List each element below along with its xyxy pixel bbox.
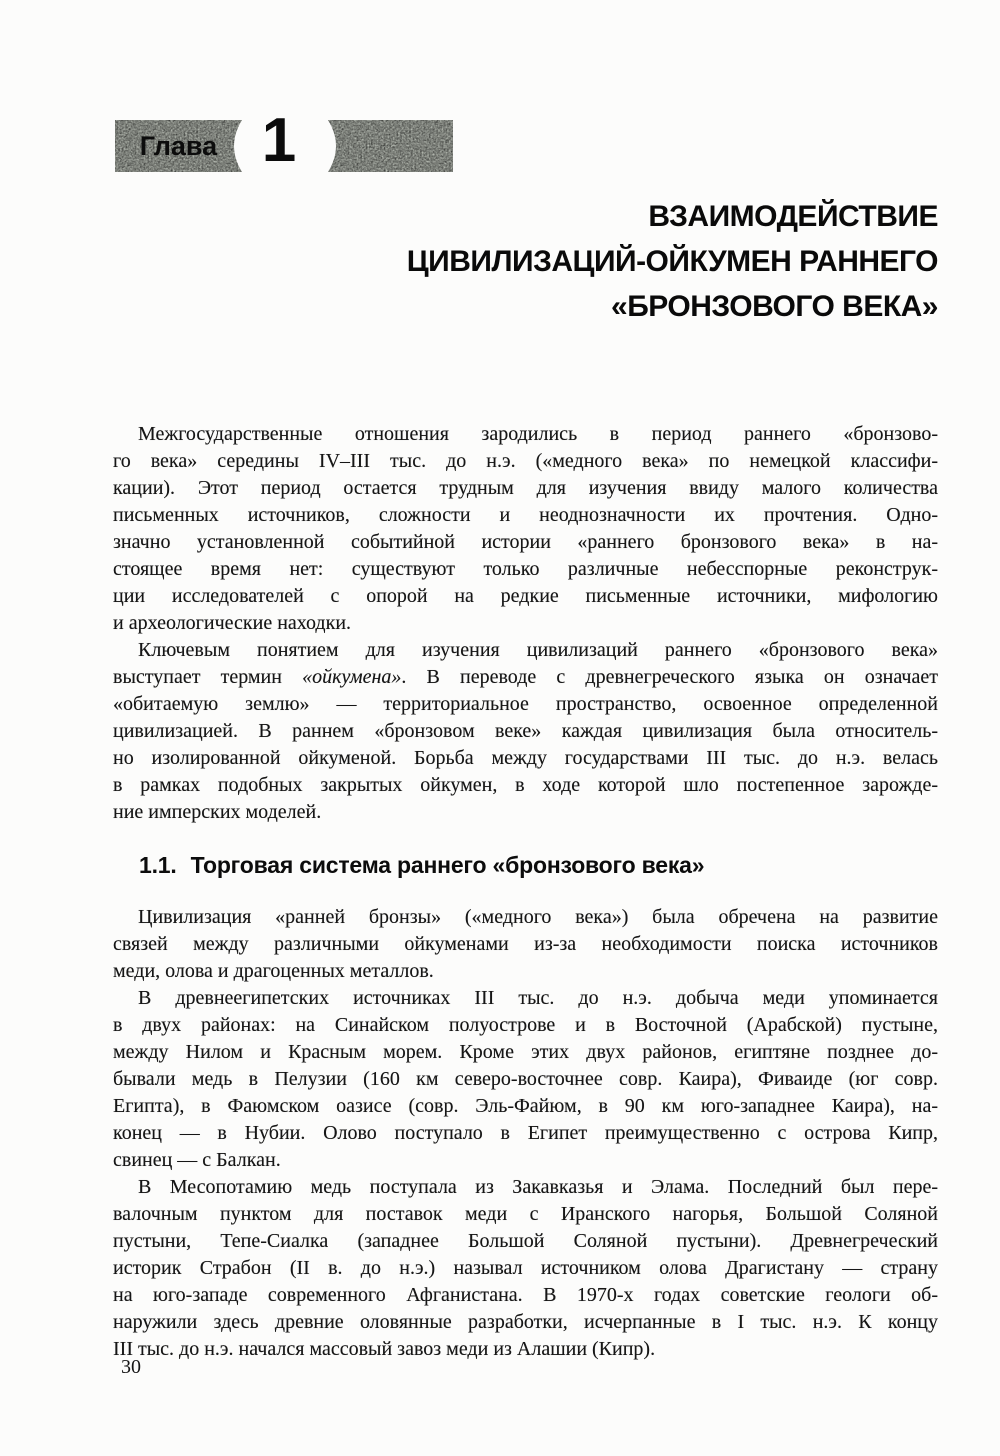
text-line: бывали медь в Пелузии (160 км северо-вос… bbox=[113, 1066, 938, 1093]
page-number: 30 bbox=[121, 1356, 141, 1379]
text-line: связей между различными ойкуменами из-за… bbox=[113, 931, 938, 958]
text-line: письменных источников, сложности и неодн… bbox=[113, 502, 938, 529]
text-line: го века» середины IV–III тыс. до н.э. («… bbox=[113, 448, 938, 475]
text-line: и археологические находки. bbox=[113, 610, 938, 637]
text-line: валочным пунктом для поставок меди с Ира… bbox=[113, 1201, 938, 1228]
text-segment: выступает термин bbox=[113, 666, 302, 688]
chapter-ribbon-right bbox=[328, 120, 453, 172]
text-line: В древнеегипетских источниках III тыс. д… bbox=[113, 985, 938, 1012]
text-line: Межгосударственные отношения зародились … bbox=[113, 421, 938, 448]
text-line: «обитаемую землю» — территориальное прос… bbox=[113, 691, 938, 718]
section-title: Торговая система раннего «бронзового век… bbox=[191, 852, 705, 878]
chapter-number: 1 bbox=[244, 110, 314, 172]
chapter-label: Глава bbox=[115, 120, 242, 172]
paragraph: Цивилизация «ранней бронзы» («медного ве… bbox=[113, 904, 938, 985]
chapter-title-line: ЦИВИЛИЗАЦИЙ-ОЙКУМЕН РАННЕГО bbox=[113, 239, 938, 284]
term-oikumena: «ойкумена» bbox=[302, 666, 401, 688]
text-line: между Нилом и Красным морем. Кроме этих … bbox=[113, 1039, 938, 1066]
text-line: на юго-западе современного Афганистана. … bbox=[113, 1282, 938, 1309]
text-segment: . В переводе с древнегреческого языка он… bbox=[401, 666, 938, 688]
text-line: ние имперских моделей. bbox=[113, 799, 938, 826]
book-page: Глава 1 ВЗАИМОДЕЙСТВИЕ ЦИВИЛИЗАЦИЙ-ОЙКУМ… bbox=[0, 0, 1000, 1456]
paragraph: В древнеегипетских источниках III тыс. д… bbox=[113, 985, 938, 1174]
text-line: кации). Этот период остается трудным для… bbox=[113, 475, 938, 502]
paragraph: Ключевым понятием для изучения цивилизац… bbox=[113, 637, 938, 826]
chapter-title-line: ВЗАИМОДЕЙСТВИЕ bbox=[113, 194, 938, 239]
text-line: пустыни, Тепе-Сиалка (западнее Большой С… bbox=[113, 1228, 938, 1255]
text-line: цивилизацией. В раннем «бронзовом веке» … bbox=[113, 718, 938, 745]
text-line: значно установленной событийной истории … bbox=[113, 529, 938, 556]
text-line: Египта), в Фаюмском оазисе (совр. Эль-Фа… bbox=[113, 1093, 938, 1120]
text-line: Ключевым понятием для изучения цивилизац… bbox=[113, 637, 938, 664]
text-line: Цивилизация «ранней бронзы» («медного ве… bbox=[113, 904, 938, 931]
text-line: в двух районах: на Синайском полуострове… bbox=[113, 1012, 938, 1039]
text-line: наружили здесь древние оловянные разрабо… bbox=[113, 1309, 938, 1336]
text-line: историк Страбон (II в. до н.э.) называл … bbox=[113, 1255, 938, 1282]
text-line: III тыс. до н.э. начался массовый завоз … bbox=[113, 1336, 938, 1363]
text-line: меди, олова и драгоценных металлов. bbox=[113, 958, 938, 985]
text-line: В Месопотамию медь поступала из Закавказ… bbox=[113, 1174, 938, 1201]
section-heading: 1.1.Торговая система раннего «бронзового… bbox=[139, 851, 938, 879]
paragraph: Межгосударственные отношения зародились … bbox=[113, 421, 938, 637]
text-line: стоящее время нет: существуют только раз… bbox=[113, 556, 938, 583]
section-number: 1.1. bbox=[139, 852, 177, 878]
text-line: выступает термин «ойкумена». В переводе … bbox=[113, 664, 938, 691]
text-line: свинец — с Балкан. bbox=[113, 1147, 938, 1174]
chapter-title: ВЗАИМОДЕЙСТВИЕ ЦИВИЛИЗАЦИЙ-ОЙКУМЕН РАННЕ… bbox=[113, 194, 938, 329]
text-line: но изолированной ойкуменой. Борьба между… bbox=[113, 745, 938, 772]
paragraph: В Месопотамию медь поступала из Закавказ… bbox=[113, 1174, 938, 1363]
body-text: Межгосударственные отношения зародились … bbox=[113, 421, 938, 1363]
chapter-title-line: «БРОНЗОВОГО ВЕКА» bbox=[113, 284, 938, 329]
text-line: ции исследователей с опорой на редкие пи… bbox=[113, 583, 938, 610]
text-line: в рамках подобных закрытых ойкумен, в хо… bbox=[113, 772, 938, 799]
text-line: конец — в Нубии. Олово поступало в Египе… bbox=[113, 1120, 938, 1147]
